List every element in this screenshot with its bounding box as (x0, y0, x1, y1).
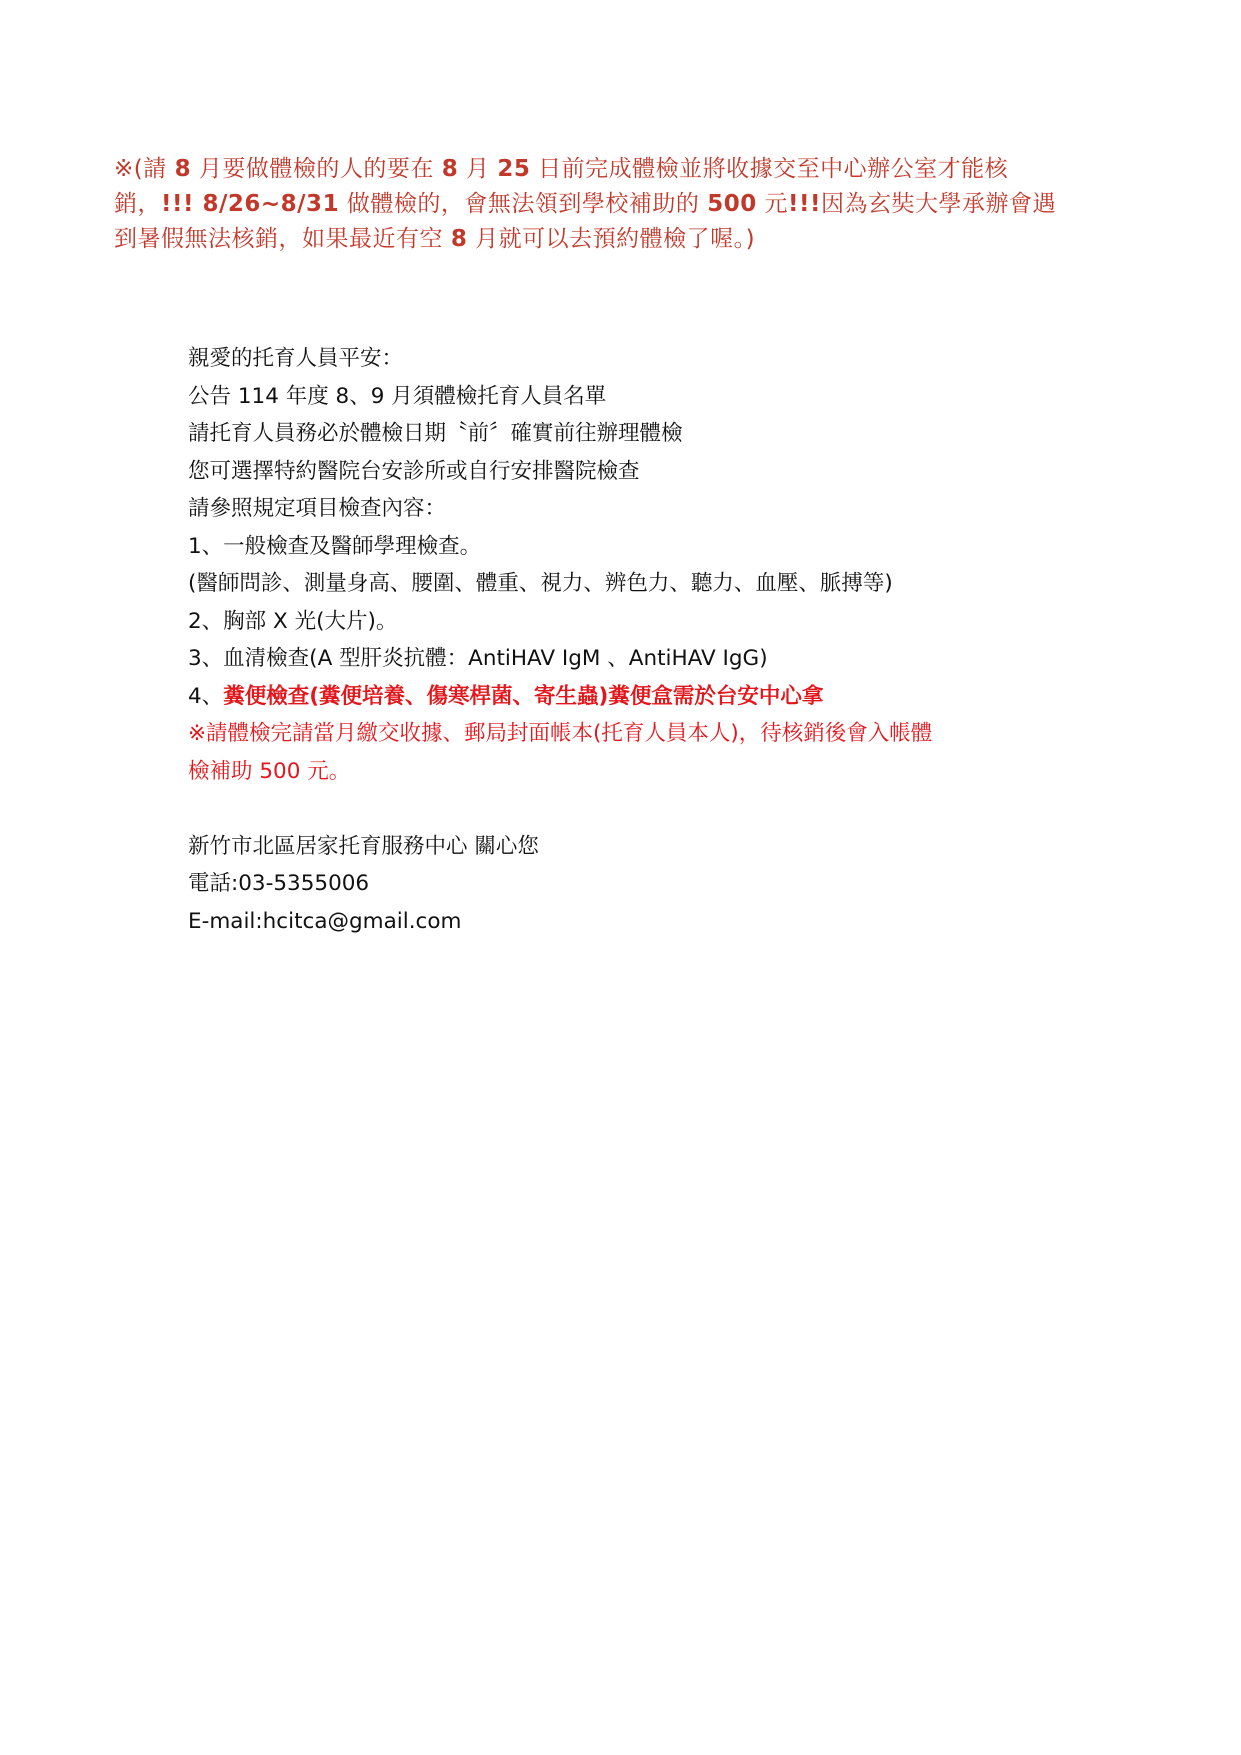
instruction: 請托育人員務必於體檢日期〝前〞確實前往辦理體檢 (188, 415, 1088, 453)
notice-month: 8 (442, 156, 459, 182)
greeting: 親愛的托育人員平安： (188, 340, 1088, 378)
notice-text: ※(請 (114, 156, 175, 182)
email: E-mail:hcitca@gmail.com (188, 903, 1088, 941)
notice-line-1: ※(請 8 月要做體檢的人的要在 8 月 25 日前完成體檢並將收據交至中心辦公… (114, 152, 1074, 187)
notice-text: 日前完成體檢並將收據交至中心辦公室才能核 (530, 156, 1008, 182)
important-notice: ※(請 8 月要做體檢的人的要在 8 月 25 日前完成體檢並將收據交至中心辦公… (114, 152, 1074, 257)
exam-item-4-body: 糞便檢查(糞便培養、傷寒桿菌、寄生蟲)糞便盒需於台安中心拿 (223, 684, 823, 709)
notice-text: 因為玄奘大學承辦會遇 (821, 191, 1056, 217)
reminder-line-2: 檢補助 500 元。 (188, 753, 1088, 791)
notice-text: 做體檢的，會無法領到學校補助的 (339, 191, 707, 217)
notice-month: 8 (451, 226, 468, 252)
exam-item-1: 1、一般檢查及醫師學理檢查。 (188, 528, 1088, 566)
announcement: 公告 114 年度 8、9 月須體檢托育人員名單 (188, 378, 1088, 416)
notice-text: 月 (458, 156, 497, 182)
hospital-option: 您可選擇特約醫院台安診所或自行安排醫院檢查 (188, 453, 1088, 491)
notice-text: 元 (757, 191, 788, 217)
notice-line-2: 銷，!!! 8/26~8/31 做體檢的，會無法領到學校補助的 500 元!!!… (114, 187, 1074, 222)
reminder-line-1: ※請體檢完請當月繳交收據、郵局封面帳本(托育人員本人)，待核銷後會入帳體 (188, 715, 1088, 753)
refer-items-heading: 請參照規定項目檢查內容： (188, 490, 1088, 528)
notice-text: 月要做體檢的人的要在 (191, 156, 442, 182)
exam-item-4-prefix: 4、 (188, 684, 223, 709)
notice-text: 月就可以去預約體檢了喔。) (467, 226, 755, 252)
exam-item-3: 3、血清檢查(A 型肝炎抗體：AntiHAV IgM 、AntiHAV IgG) (188, 640, 1088, 678)
exam-item-1-detail: (醫師問診、測量身高、腰圍、體重、視力、辨色力、聽力、血壓、脈搏等) (188, 565, 1088, 603)
spacer (188, 790, 1088, 828)
document-page: ※(請 8 月要做體檢的人的要在 8 月 25 日前完成體檢並將收據交至中心辦公… (0, 0, 1241, 1755)
notice-line-3: 到暑假無法核銷，如果最近有空 8 月就可以去預約體檢了喔。) (114, 222, 1074, 257)
notice-month: 8 (175, 156, 192, 182)
notice-amount: 500 (707, 191, 757, 217)
notice-text: 到暑假無法核銷，如果最近有空 (114, 226, 451, 252)
exam-item-2: 2、胸部 X 光(大片)。 (188, 603, 1088, 641)
notice-day: 25 (497, 156, 530, 182)
notice-exclaim: !!! (788, 191, 821, 217)
exam-item-4: 4、糞便檢查(糞便培養、傷寒桿菌、寄生蟲)糞便盒需於台安中心拿 (188, 678, 1088, 716)
phone: 電話:03-5355006 (188, 865, 1088, 903)
signature: 新竹市北區居家托育服務中心 關心您 (188, 828, 1088, 866)
letter-body: 親愛的托育人員平安： 公告 114 年度 8、9 月須體檢托育人員名單 請托育人… (188, 340, 1088, 940)
notice-date-range: !!! 8/26~8/31 (161, 191, 339, 217)
notice-text: 銷， (114, 191, 161, 217)
